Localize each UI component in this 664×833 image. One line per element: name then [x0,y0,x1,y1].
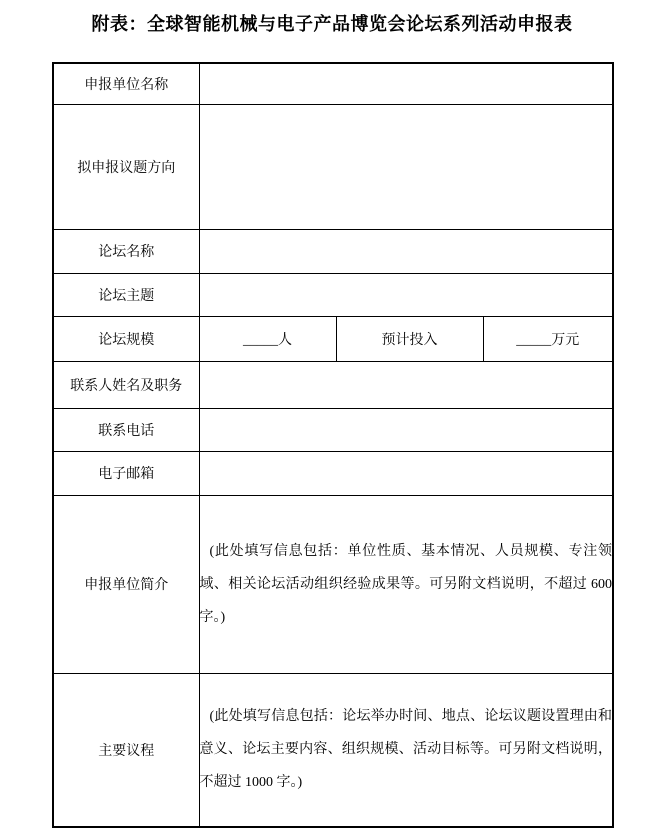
row-label-contact-person: 联系人姓名及职务 [53,361,199,408]
main-agenda-hint-text: (此处填写信息包括：论坛举办时间、地点、论坛议题设置理由和意义、论坛主要内容、组… [200,700,613,799]
contact-person-input-cell[interactable] [199,361,613,408]
row-label-forum-scale: 论坛规模 [53,316,199,361]
row-label-forum-theme: 论坛主题 [53,273,199,316]
contact-phone-input-cell[interactable] [199,408,613,451]
row-main-agenda: 主要议程 (此处填写信息包括：论坛举办时间、地点、论坛议题设置理由和意义、论坛主… [53,673,613,827]
row-forum-scale: 论坛规模 _____人 预计投入 _____万元 [53,316,613,361]
row-label-email: 电子邮箱 [53,451,199,495]
main-agenda-input-cell[interactable]: (此处填写信息包括：论坛举办时间、地点、论坛议题设置理由和意义、论坛主要内容、组… [199,673,613,827]
row-label-unit-profile: 申报单位简介 [53,495,199,673]
row-label-contact-phone: 联系电话 [53,408,199,451]
unit-profile-hint-text: (此处填写信息包括：单位性质、基本情况、人员规模、专注领域、相关论坛活动组织经验… [200,535,613,634]
row-label-main-agenda: 主要议程 [53,673,199,827]
forum-scale-attendees-blank[interactable]: _____人 [199,316,336,361]
row-topic-direction: 拟申报议题方向 [53,104,613,229]
document-page: 附表：全球智能机械与电子产品博览会论坛系列活动申报表 申报单位名称 拟申报议题方… [0,0,664,833]
row-unit-name: 申报单位名称 [53,63,613,104]
forum-name-input-cell[interactable] [199,229,613,273]
estimated-investment-label: 预计投入 [336,316,483,361]
email-input-cell[interactable] [199,451,613,495]
row-label-unit-name: 申报单位名称 [53,63,199,104]
row-contact-person: 联系人姓名及职务 [53,361,613,408]
row-contact-phone: 联系电话 [53,408,613,451]
row-forum-theme: 论坛主题 [53,273,613,316]
unit-profile-input-cell[interactable]: (此处填写信息包括：单位性质、基本情况、人员规模、专注领域、相关论坛活动组织经验… [199,495,613,673]
row-email: 电子邮箱 [53,451,613,495]
row-label-forum-name: 论坛名称 [53,229,199,273]
form-title: 附表：全球智能机械与电子产品博览会论坛系列活动申报表 [0,10,664,36]
topic-direction-input-cell[interactable] [199,104,613,229]
forum-theme-input-cell[interactable] [199,273,613,316]
row-unit-profile: 申报单位简介 (此处填写信息包括：单位性质、基本情况、人员规模、专注领域、相关论… [53,495,613,673]
estimated-investment-blank[interactable]: _____万元 [483,316,613,361]
application-form-table: 申报单位名称 拟申报议题方向 论坛名称 论坛主题 论坛规模 _____人 预计投… [52,62,614,828]
unit-name-input-cell[interactable] [199,63,613,104]
row-label-topic-direction: 拟申报议题方向 [53,104,199,229]
row-forum-name: 论坛名称 [53,229,613,273]
